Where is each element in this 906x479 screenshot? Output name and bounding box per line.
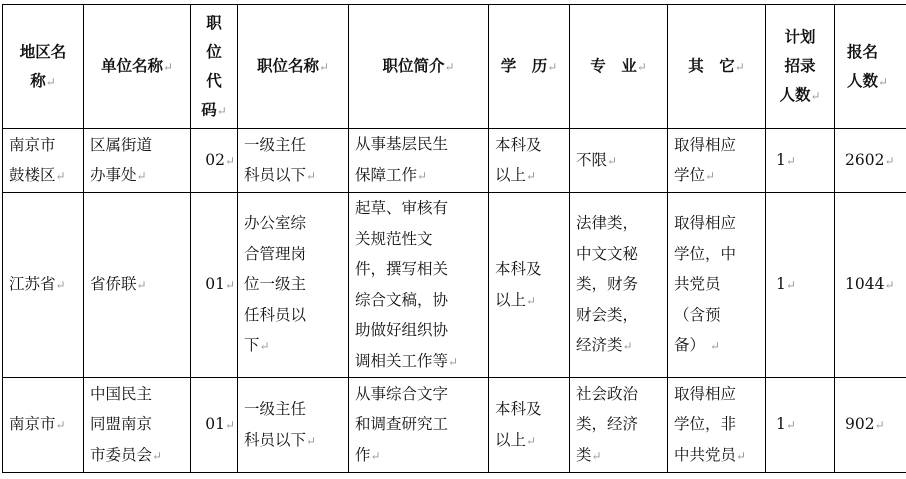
header-education: 学 历↵ — [489, 5, 570, 129]
cell-text-line: 中国民主 — [90, 379, 184, 410]
cell-position: 一级主任 科员以下↵ — [238, 378, 349, 473]
pilcrow-icon: ↵ — [526, 169, 536, 183]
cell-unit: 中国民主 同盟南京 市委员会↵ — [84, 378, 191, 473]
pilcrow-icon: ↵ — [225, 154, 235, 168]
header-quota: 计划 招录 人数↵ — [766, 5, 835, 129]
cell-text-line: 学位 — [674, 166, 705, 184]
cell-code: 01↵ — [191, 193, 238, 378]
header-major-label: 专 业 — [590, 56, 637, 75]
cell-text-line: 调相关工作等 — [355, 352, 448, 370]
cell-education: 本科及 以上↵ — [489, 129, 570, 193]
cell-text-line: 类，经济 — [576, 409, 661, 440]
header-description-label: 职位简介 — [382, 56, 444, 75]
cell-text-line: 市委员会 — [90, 446, 152, 464]
header-unit-label: 单位名称 — [101, 56, 163, 75]
cell-position: 办公室综 合管理岗 位一级主 任科员以 下↵ — [238, 193, 349, 378]
cell-text-line: 本科及 — [495, 394, 563, 425]
cell-text-line: 财会类， — [576, 300, 661, 331]
pilcrow-icon: ↵ — [705, 169, 715, 183]
cell-text-line: 取得相应 — [674, 130, 759, 161]
table-row: 江苏省↵ 省侨联↵ 01↵ 办公室综 合管理岗 位一级主 任科员以 下↵ 起草、… — [3, 193, 906, 378]
header-region: 地区名 称↵ — [3, 5, 84, 129]
cell-text-line: 办公室综 — [244, 208, 342, 239]
header-code: 职 位 代 码↵ — [191, 5, 238, 129]
cell-text-line: 从事综合文字 — [355, 379, 482, 410]
header-other: 其 它↵ — [668, 5, 766, 129]
cell-text-line: 法律类， — [576, 208, 661, 239]
header-position: 职位名称↵ — [238, 5, 349, 129]
cell-other: 取得相应 学位↵ — [668, 129, 766, 193]
pilcrow-icon: ↵ — [46, 75, 56, 89]
cell-applicants-value: 2602 — [845, 151, 884, 169]
cell-quota-value: 1 — [776, 415, 786, 433]
cell-text-line: 作 — [355, 446, 371, 464]
cell-code-value: 01 — [205, 415, 225, 433]
pilcrow-icon: ↵ — [710, 339, 720, 353]
cell-code-value: 02 — [205, 151, 225, 169]
cell-text-line: 下 — [244, 336, 260, 354]
cell-text-line: 备） — [674, 336, 705, 354]
cell-text-line: 合管理岗 — [244, 239, 342, 270]
table-row: 南京市↵ 中国民主 同盟南京 市委员会↵ 01↵ 一级主任 科员以下↵ 从事综合… — [3, 378, 906, 473]
cell-text-line: 学位，中 — [674, 239, 759, 270]
header-row: 地区名 称↵ 单位名称↵ 职 位 代 码↵ 职位名称↵ 职位简介↵ 学 历↵ 专… — [3, 5, 906, 129]
cell-other: 取得相应 学位，非 中共党员↵ — [668, 378, 766, 473]
pilcrow-icon: ↵ — [306, 169, 316, 183]
pilcrow-icon: ↵ — [444, 60, 454, 74]
cell-text-line: 经济类 — [576, 336, 623, 354]
cell-code: 01↵ — [191, 378, 238, 473]
pilcrow-icon: ↵ — [735, 60, 745, 74]
cell-text-line: 位一级主 — [244, 269, 342, 300]
cell-text-line: 中共党员 — [674, 446, 736, 464]
header-code-line-3: 代 — [193, 66, 235, 95]
cell-text-line: 本科及 — [495, 254, 563, 285]
cell-text-line: 以上 — [495, 166, 526, 184]
pilcrow-icon: ↵ — [217, 104, 227, 118]
header-applicants: 报名 人数↵ — [835, 5, 906, 129]
recruitment-table: 地区名 称↵ 单位名称↵ 职 位 代 码↵ 职位名称↵ 职位简介↵ 学 历↵ 专… — [2, 4, 906, 473]
cell-description: 从事综合文字 和调查研究工 作↵ — [349, 378, 489, 473]
cell-text-line: 同盟南京 — [90, 409, 184, 440]
cell-text-line: 任科员以 — [244, 300, 342, 331]
cell-text-line: 科员以下 — [244, 166, 306, 184]
header-code-line-2: 位 — [193, 37, 235, 66]
pilcrow-icon: ↵ — [623, 339, 633, 353]
cell-text-line: 共党员 — [674, 269, 759, 300]
cell-position: 一级主任 科员以下↵ — [238, 129, 349, 193]
cell-text-line: 南京市 — [9, 130, 77, 161]
cell-text-line: 综合文稿，协 — [355, 285, 482, 316]
cell-text-line: 类，财务 — [576, 269, 661, 300]
header-quota-line-3: 人数 — [779, 85, 810, 104]
pilcrow-icon: ↵ — [56, 278, 66, 292]
pilcrow-icon: ↵ — [547, 60, 557, 74]
cell-region: 江苏省↵ — [3, 193, 84, 378]
pilcrow-icon: ↵ — [786, 418, 796, 432]
cell-text-line: 和调查研究工 — [355, 409, 482, 440]
cell-code-value: 01 — [205, 275, 225, 293]
cell-region: 南京市 鼓楼区↵ — [3, 129, 84, 193]
cell-text-line: 以上 — [495, 291, 526, 309]
pilcrow-icon: ↵ — [225, 418, 235, 432]
cell-text-line: 以上 — [495, 431, 526, 449]
cell-quota: 1↵ — [766, 193, 835, 378]
cell-quota-value: 1 — [776, 151, 786, 169]
pilcrow-icon: ↵ — [152, 449, 162, 463]
header-unit: 单位名称↵ — [84, 5, 191, 129]
header-region-line-1: 地区名 — [9, 37, 77, 66]
pilcrow-icon: ↵ — [592, 449, 602, 463]
cell-text-line: 南京市 — [9, 415, 56, 433]
pilcrow-icon: ↵ — [260, 339, 270, 353]
cell-unit: 省侨联↵ — [84, 193, 191, 378]
table-row: 南京市 鼓楼区↵ 区属街道 办事处↵ 02↵ 一级主任 科员以下↵ 从事基层民生… — [3, 129, 906, 193]
cell-major: 法律类， 中文文秘 类，财务 财会类， 经济类↵ — [570, 193, 668, 378]
pilcrow-icon: ↵ — [306, 434, 316, 448]
pilcrow-icon: ↵ — [56, 418, 66, 432]
pilcrow-icon: ↵ — [607, 154, 617, 168]
cell-text-line: 起草、审核有 — [355, 193, 482, 224]
cell-unit: 区属街道 办事处↵ — [84, 129, 191, 193]
cell-education: 本科及 以上↵ — [489, 193, 570, 378]
cell-text-line: 保障工作 — [355, 166, 417, 184]
cell-text-line: 从事基层民生 — [355, 129, 482, 160]
cell-text-line: 不限 — [576, 151, 607, 169]
header-code-line-1: 职 — [193, 8, 235, 37]
pilcrow-icon: ↵ — [371, 449, 381, 463]
cell-text-line: 取得相应 — [674, 379, 759, 410]
pilcrow-icon: ↵ — [786, 278, 796, 292]
pilcrow-icon: ↵ — [810, 89, 820, 103]
pilcrow-icon: ↵ — [786, 154, 796, 168]
cell-text-line: 关规范性文 — [355, 224, 482, 255]
pilcrow-icon: ↵ — [225, 278, 235, 292]
cell-description: 起草、审核有 关规范性文 件，撰写相关 综合文稿，协 助做好组织协 调相关工作等… — [349, 193, 489, 378]
cell-text-line: 区属街道 — [90, 130, 184, 161]
cell-text-line: 办事处 — [90, 166, 137, 184]
pilcrow-icon: ↵ — [137, 278, 147, 292]
cell-quota: 1↵ — [766, 378, 835, 473]
cell-applicants: 2602↵ — [835, 129, 906, 193]
cell-major: 不限↵ — [570, 129, 668, 193]
cell-text-line: 一级主任 — [244, 394, 342, 425]
pilcrow-icon: ↵ — [875, 418, 885, 432]
cell-other: 取得相应 学位，中 共党员 （含预 备） ↵ — [668, 193, 766, 378]
header-region-line-2: 称 — [30, 71, 46, 90]
pilcrow-icon: ↵ — [526, 294, 536, 308]
header-other-label: 其 它 — [688, 56, 735, 75]
cell-text-line: 省侨联 — [90, 275, 137, 293]
header-applicants-line-1: 报名 — [847, 37, 904, 66]
cell-text-line: 江苏省 — [9, 275, 56, 293]
cell-major: 社会政治 类，经济 类↵ — [570, 378, 668, 473]
cell-quota-value: 1 — [776, 275, 786, 293]
cell-text-line: 科员以下 — [244, 431, 306, 449]
cell-text-line: 取得相应 — [674, 208, 759, 239]
pilcrow-icon: ↵ — [137, 169, 147, 183]
cell-text-line: 助做好组织协 — [355, 315, 482, 346]
cell-text-line: 中文文秘 — [576, 239, 661, 270]
cell-description: 从事基层民生 保障工作↵ — [349, 129, 489, 193]
pilcrow-icon: ↵ — [448, 355, 458, 369]
cell-code: 02↵ — [191, 129, 238, 193]
pilcrow-icon: ↵ — [637, 60, 647, 74]
cell-applicants-value: 1044 — [845, 275, 884, 293]
cell-region: 南京市↵ — [3, 378, 84, 473]
header-code-line-4: 码 — [201, 100, 217, 119]
cell-text-line: （含预 — [674, 300, 759, 331]
pilcrow-icon: ↵ — [884, 278, 894, 292]
cell-applicants: 902↵ — [835, 378, 906, 473]
pilcrow-icon: ↵ — [736, 449, 746, 463]
pilcrow-icon: ↵ — [417, 169, 427, 183]
header-description: 职位简介↵ — [349, 5, 489, 129]
pilcrow-icon: ↵ — [884, 154, 894, 168]
pilcrow-icon: ↵ — [526, 434, 536, 448]
cell-text-line: 社会政治 — [576, 379, 661, 410]
cell-applicants: 1044↵ — [835, 193, 906, 378]
header-education-label: 学 历 — [501, 56, 548, 75]
cell-text-line: 鼓楼区 — [9, 166, 56, 184]
header-major: 专 业↵ — [570, 5, 668, 129]
pilcrow-icon: ↵ — [56, 169, 66, 183]
cell-quota: 1↵ — [766, 129, 835, 193]
cell-text-line: 类 — [576, 446, 592, 464]
header-position-label: 职位名称 — [257, 56, 319, 75]
cell-education: 本科及 以上↵ — [489, 378, 570, 473]
cell-text-line: 本科及 — [495, 130, 563, 161]
header-quota-line-1: 计划 — [772, 22, 828, 51]
cell-text-line: 件，撰写相关 — [355, 254, 482, 285]
pilcrow-icon: ↵ — [878, 75, 888, 89]
cell-text-line: 一级主任 — [244, 130, 342, 161]
header-quota-line-2: 招录 — [772, 51, 828, 80]
pilcrow-icon: ↵ — [163, 60, 173, 74]
cell-applicants-value: 902 — [845, 415, 875, 433]
pilcrow-icon: ↵ — [319, 60, 329, 74]
cell-text-line: 学位，非 — [674, 409, 759, 440]
header-applicants-line-2: 人数 — [847, 71, 878, 90]
